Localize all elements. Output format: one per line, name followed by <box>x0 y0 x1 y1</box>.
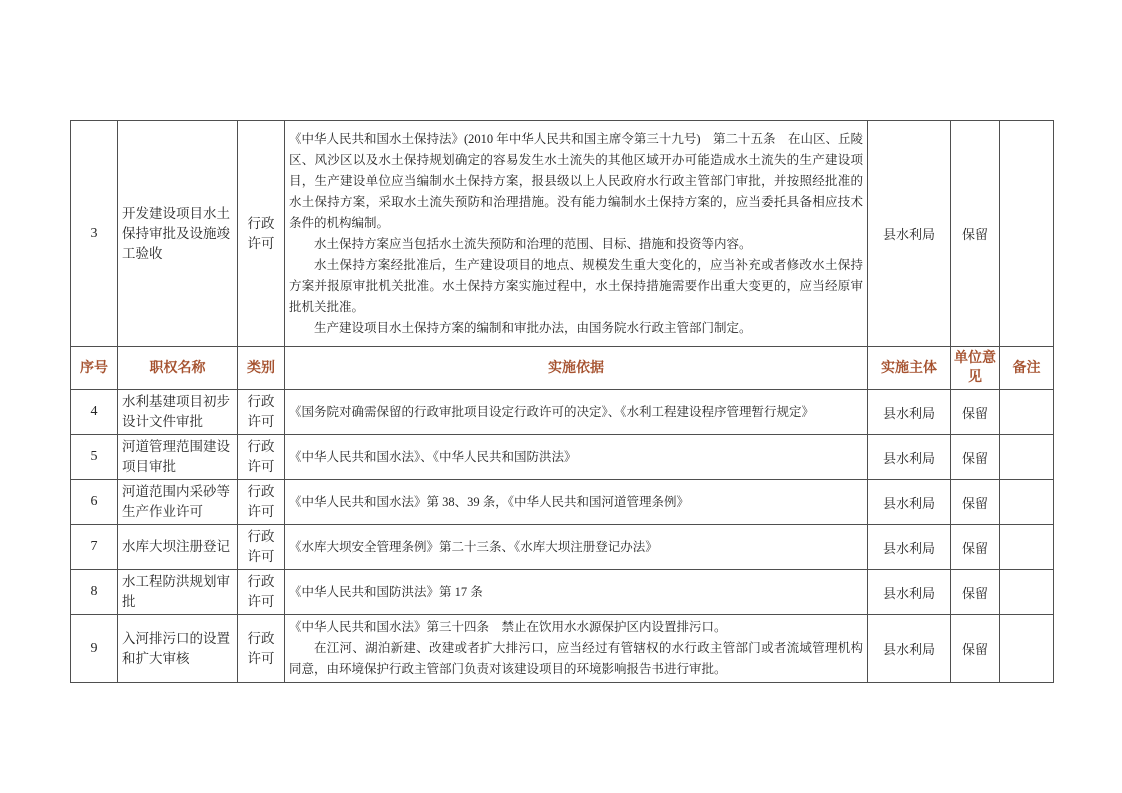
basis-paragraph: 《水库大坝安全管理条例》第二十三条、《水库大坝注册登记办法》 <box>289 537 863 558</box>
note-cell <box>1000 570 1054 615</box>
power-name-cell: 水工程防洪规划审批 <box>118 570 238 615</box>
note-cell <box>1000 121 1054 347</box>
seq-cell: 7 <box>71 525 118 570</box>
power-name-cell: 入河排污口的设置和扩大审核 <box>118 615 238 683</box>
power-name-cell: 河道范围内采砂等生产作业许可 <box>118 480 238 525</box>
subject-cell: 县水利局 <box>868 121 951 347</box>
basis-cell: 《中华人民共和国水法》、《中华人民共和国防洪法》 <box>285 435 868 480</box>
opinion-cell: 保留 <box>951 121 1000 347</box>
basis-paragraph: 水土保持方案应当包括水土流失预防和治理的范围、目标、措施和投资等内容。 <box>289 234 863 255</box>
basis-paragraph: 在江河、湖泊新建、改建或者扩大排污口，应当经过有管辖权的水行政主管部门或者流域管… <box>289 638 863 680</box>
opinion-cell: 保留 <box>951 390 1000 435</box>
basis-cell: 《中华人民共和国水土保持法》(2010 年中华人民共和国主席令第三十九号) 第二… <box>285 121 868 347</box>
power-name-cell: 开发建设项目水土保持审批及设施竣工验收 <box>118 121 238 347</box>
subject-cell: 县水利局 <box>868 480 951 525</box>
header-seq: 序号 <box>71 347 118 390</box>
seq-cell: 4 <box>71 390 118 435</box>
power-name-cell: 水利基建项目初步设计文件审批 <box>118 390 238 435</box>
header-basis: 实施依据 <box>285 347 868 390</box>
opinion-cell: 保留 <box>951 570 1000 615</box>
note-cell <box>1000 390 1054 435</box>
note-cell <box>1000 435 1054 480</box>
subject-cell: 县水利局 <box>868 390 951 435</box>
opinion-cell: 保留 <box>951 480 1000 525</box>
table-header-row: 序号 职权名称 类别 实施依据 实施主体 单位意见 备注 <box>71 347 1054 390</box>
table-row-item-8: 8 水工程防洪规划审批 行政许可 《中华人民共和国防洪法》第 17 条 县水利局… <box>71 570 1054 615</box>
seq-cell: 8 <box>71 570 118 615</box>
seq-cell: 6 <box>71 480 118 525</box>
category-cell: 行政许可 <box>238 525 285 570</box>
category-cell: 行政许可 <box>238 121 285 347</box>
seq-cell: 9 <box>71 615 118 683</box>
table-row-item-5: 5 河道管理范围建设项目审批 行政许可 《中华人民共和国水法》、《中华人民共和国… <box>71 435 1054 480</box>
subject-cell: 县水利局 <box>868 435 951 480</box>
category-cell: 行政许可 <box>238 615 285 683</box>
table-row-item-6: 6 河道范围内采砂等生产作业许可 行政许可 《中华人民共和国水法》第 38、39… <box>71 480 1054 525</box>
power-name-cell: 水库大坝注册登记 <box>118 525 238 570</box>
basis-paragraph: 《中华人民共和国水法》第 38、39 条，《中华人民共和国河道管理条例》 <box>289 492 863 513</box>
basis-paragraph: 《中华人民共和国水法》、《中华人民共和国防洪法》 <box>289 447 863 468</box>
power-name-cell: 河道管理范围建设项目审批 <box>118 435 238 480</box>
powers-list-table: 3 开发建设项目水土保持审批及设施竣工验收 行政许可 《中华人民共和国水土保持法… <box>70 120 1054 683</box>
table-row-item-9: 9 入河排污口的设置和扩大审核 行政许可 《中华人民共和国水法》第三十四条 禁止… <box>71 615 1054 683</box>
opinion-cell: 保留 <box>951 435 1000 480</box>
basis-cell: 《中华人民共和国水法》第三十四条 禁止在饮用水水源保护区内设置排污口。 在江河、… <box>285 615 868 683</box>
basis-cell: 《中华人民共和国水法》第 38、39 条，《中华人民共和国河道管理条例》 <box>285 480 868 525</box>
basis-paragraph: 《中华人民共和国水土保持法》(2010 年中华人民共和国主席令第三十九号) 第二… <box>289 129 863 234</box>
header-note: 备注 <box>1000 347 1054 390</box>
seq-cell: 3 <box>71 121 118 347</box>
subject-cell: 县水利局 <box>868 615 951 683</box>
subject-cell: 县水利局 <box>868 525 951 570</box>
table-row-item-3: 3 开发建设项目水土保持审批及设施竣工验收 行政许可 《中华人民共和国水土保持法… <box>71 121 1054 347</box>
basis-paragraph: 《中华人民共和国防洪法》第 17 条 <box>289 582 863 603</box>
category-cell: 行政许可 <box>238 390 285 435</box>
basis-cell: 《中华人民共和国防洪法》第 17 条 <box>285 570 868 615</box>
table-row-item-4: 4 水利基建项目初步设计文件审批 行政许可 《国务院对确需保留的行政审批项目设定… <box>71 390 1054 435</box>
basis-paragraph: 《中华人民共和国水法》第三十四条 禁止在饮用水水源保护区内设置排污口。 <box>289 617 863 638</box>
opinion-cell: 保留 <box>951 525 1000 570</box>
basis-paragraph: 水土保持方案经批准后，生产建设项目的地点、规模发生重大变化的，应当补充或者修改水… <box>289 255 863 318</box>
header-subject: 实施主体 <box>868 347 951 390</box>
note-cell <box>1000 615 1054 683</box>
seq-cell: 5 <box>71 435 118 480</box>
header-power-name: 职权名称 <box>118 347 238 390</box>
basis-cell: 《国务院对确需保留的行政审批项目设定行政许可的决定》、《水利工程建设程序管理暂行… <box>285 390 868 435</box>
basis-cell: 《水库大坝安全管理条例》第二十三条、《水库大坝注册登记办法》 <box>285 525 868 570</box>
table-row-item-7: 7 水库大坝注册登记 行政许可 《水库大坝安全管理条例》第二十三条、《水库大坝注… <box>71 525 1054 570</box>
category-cell: 行政许可 <box>238 570 285 615</box>
note-cell <box>1000 480 1054 525</box>
basis-paragraph: 生产建设项目水土保持方案的编制和审批办法，由国务院水行政主管部门制定。 <box>289 318 863 339</box>
opinion-cell: 保留 <box>951 615 1000 683</box>
category-cell: 行政许可 <box>238 435 285 480</box>
header-category: 类别 <box>238 347 285 390</box>
category-cell: 行政许可 <box>238 480 285 525</box>
subject-cell: 县水利局 <box>868 570 951 615</box>
document-page: 3 开发建设项目水土保持审批及设施竣工验收 行政许可 《中华人民共和国水土保持法… <box>0 0 1122 793</box>
note-cell <box>1000 525 1054 570</box>
header-opinion: 单位意见 <box>951 347 1000 390</box>
basis-paragraph: 《国务院对确需保留的行政审批项目设定行政许可的决定》、《水利工程建设程序管理暂行… <box>289 402 863 423</box>
